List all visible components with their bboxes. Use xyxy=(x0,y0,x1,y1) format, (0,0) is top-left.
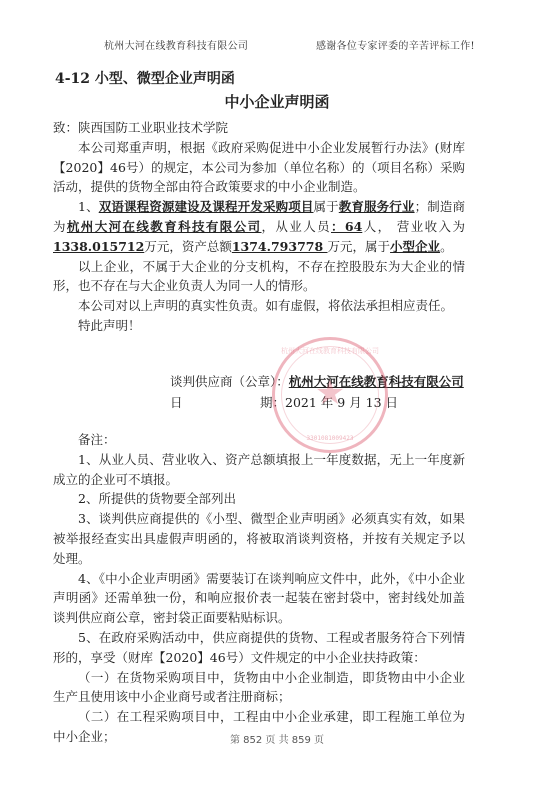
notes-title: 备注： xyxy=(53,430,465,450)
note-item: 1、从业人员、营业收入、资产总额填报上一年度数据，无上一年度新成立的企业可不填报… xyxy=(53,450,465,490)
manufacturer: 杭州大河在线教育科技有限公司 xyxy=(67,219,262,234)
supplier-signature-line: 谈判供应商（公章）：杭州大河在线教育科技有限公司 xyxy=(170,372,464,390)
page-number: 第 852 页 共 859 页 xyxy=(0,731,554,746)
note-item: 3、谈判供应商提供的《小型、微型企业声明函》必须真实有效，如果被举报经查实出具虚… xyxy=(53,509,465,568)
note-item: （一）在货物采购项目中，货物由中小企业制造，即货物由中小企业生产且使用该中小企业… xyxy=(53,668,465,708)
project-name: 双语课程资源建设及课程开发采购项目 xyxy=(99,199,314,214)
staff-count: ：64 xyxy=(331,219,362,234)
section-title: 4-12 小型、微型企业声明函 xyxy=(55,68,235,88)
supplier-label: 谈判供应商（公章）： xyxy=(170,374,289,389)
note-item: 5、在政府采购活动中，供应商提供的货物、工程或者服务符合下列情形的，享受（财库【… xyxy=(53,628,465,668)
document-title: 中小企业声明函 xyxy=(0,91,554,112)
declaration-paragraph: 本公司郑重声明，根据《政府采购促进中小企业发展暂行办法》(财库【2020】46号… xyxy=(53,138,465,197)
page-header-company: 杭州大河在线教育科技有限公司 xyxy=(104,37,248,52)
seal-company-name: 杭州大河在线教育科技有限公司 xyxy=(275,346,385,356)
signature-date: 2021 年 9 月 13 日 xyxy=(285,395,398,410)
hereby-paragraph: 特此声明！ xyxy=(53,316,465,336)
industry: 教育服务行业 xyxy=(339,199,415,214)
revenue: 1338.015712 xyxy=(53,239,144,254)
date-line: 日 期：2021 年 9 月 13 日 xyxy=(170,393,470,411)
declaration-body: 致：陕西国防工业职业技术学院 本公司郑重声明，根据《政府采购促进中小企业发展暂行… xyxy=(53,118,465,336)
enterprise-info-paragraph: 1、双语课程资源建设及课程开发采购项目属于教育服务行业；制造商为杭州大河在线教育… xyxy=(53,197,465,256)
addressee: 致：陕西国防工业职业技术学院 xyxy=(53,118,465,138)
supplier-name: 杭州大河在线教育科技有限公司 xyxy=(289,374,464,389)
branch-paragraph: 以上企业，不属于大企业的分支机构，不存在控股股东为大企业的情形，也不存在与大企业… xyxy=(53,257,465,297)
date-label-b: 期：2021 年 9 月 13 日 xyxy=(260,393,398,411)
page-header-thanks: 感谢各位专家评委的辛苦评标工作! xyxy=(316,37,475,52)
total-assets: 1374.793778 xyxy=(232,239,328,254)
date-label-a: 日 xyxy=(170,395,183,410)
notes-body: 备注： 1、从业人员、营业收入、资产总额填报上一年度数据，无上一年度新成立的企业… xyxy=(53,430,465,747)
enterprise-size: 小型企业 xyxy=(390,239,440,254)
note-item: 2、所提供的货物要全部列出 xyxy=(53,489,465,509)
truth-paragraph: 本公司对以上声明的真实性负责。如有虚假，将依法承担相应责任。 xyxy=(53,296,465,316)
note-item: 4、《中小企业声明函》需要装订在谈判响应文件中，此外，《中小企业声明函》还需单独… xyxy=(53,569,465,628)
